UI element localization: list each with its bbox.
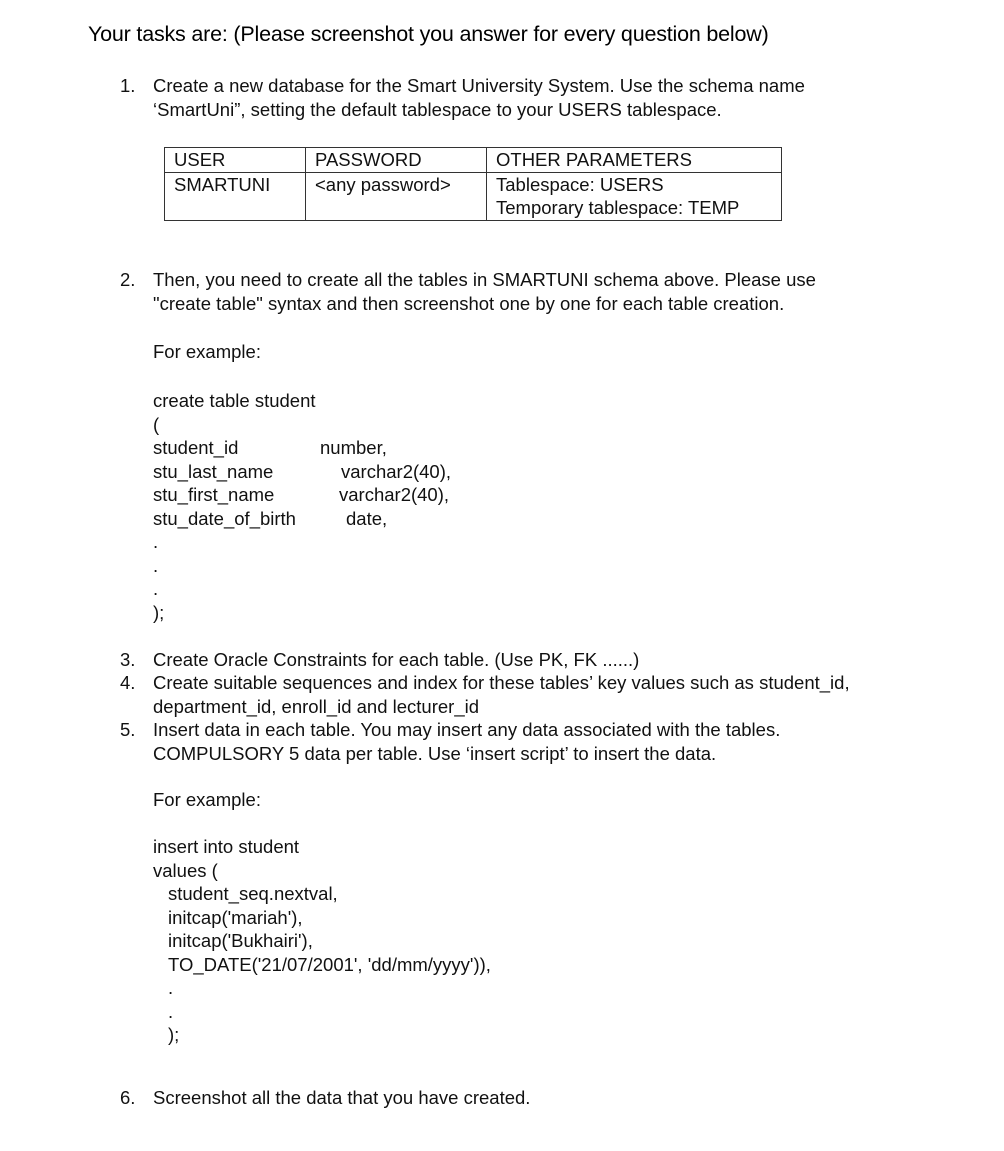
create-example-label: For example: [153,340,261,364]
task-1: 1. Create a new database for the Smart U… [120,74,805,121]
code-line: ( [153,413,451,437]
code-line: values ( [153,859,491,883]
task-text: "create table" syntax and then screensho… [153,292,816,316]
task-text: Insert data in each table. You may inser… [153,718,780,742]
task-text: ‘SmartUni”, setting the default tablespa… [153,98,805,122]
insert-example-label: For example: [153,788,261,812]
code-line: initcap('mariah'), [168,906,491,930]
task-text: Create suitable sequences and index for … [153,671,850,695]
cell-user: SMARTUNI [165,172,306,220]
task-text: Create a new database for the Smart Univ… [153,74,805,98]
ellipsis-dot: . [168,976,491,1000]
task-text: Screenshot all the data that you have cr… [153,1086,530,1110]
task-text: department_id, enroll_id and lecturer_id [153,695,850,719]
param-tablespace: Tablespace: USERS [496,173,773,197]
task-2: 2. Then, you need to create all the tabl… [120,268,816,315]
code-line: insert into student [153,835,491,859]
column-type: number, [320,436,387,460]
code-column-row: stu_first_name varchar2(40), [153,483,451,507]
ellipsis-dot: . [168,1000,491,1024]
header-user: USER [165,148,306,173]
param-temp-tablespace: Temporary tablespace: TEMP [496,196,773,220]
code-column-row: student_id number, [153,436,451,460]
table-header-row: USER PASSWORD OTHER PARAMETERS [165,148,782,173]
column-type: varchar2(40), [341,460,451,484]
code-column-row: stu_date_of_birth date, [153,507,451,531]
task-3: 3. Create Oracle Constraints for each ta… [120,648,639,672]
insert-example: insert into student values ( student_seq… [153,835,491,1047]
task-6: 6. Screenshot all the data that you have… [120,1086,530,1110]
column-type: date, [346,507,387,531]
code-line: student_seq.nextval, [168,882,491,906]
column-name: stu_date_of_birth [153,507,346,531]
task-number: 6. [120,1086,150,1110]
code-column-row: stu_last_name varchar2(40), [153,460,451,484]
code-line: TO_DATE('21/07/2001', 'dd/mm/yyyy')), [168,953,491,977]
code-line: create table student [153,389,451,413]
header-other-parameters: OTHER PARAMETERS [487,148,782,173]
ellipsis-dot: . [153,577,451,601]
cell-password: <any password> [306,172,487,220]
table-row: SMARTUNI <any password> Tablespace: USER… [165,172,782,220]
ellipsis-dot: . [153,554,451,578]
code-line: initcap('Bukhairi'), [168,929,491,953]
create-table-example: create table student ( student_id number… [153,389,451,624]
task-number: 1. [120,74,150,98]
task-text: Then, you need to create all the tables … [153,268,816,292]
task-4: 4. Create suitable sequences and index f… [120,671,850,718]
task-text: Create Oracle Constraints for each table… [153,648,639,672]
task-number: 4. [120,671,150,695]
column-type: varchar2(40), [339,483,449,507]
header-password: PASSWORD [306,148,487,173]
task-number: 3. [120,648,150,672]
column-name: stu_first_name [153,483,339,507]
cell-other-parameters: Tablespace: USERS Temporary tablespace: … [487,172,782,220]
task-5: 5. Insert data in each table. You may in… [120,718,780,765]
code-line: ); [168,1023,491,1047]
column-name: stu_last_name [153,460,341,484]
task-text: COMPULSORY 5 data per table. Use ‘insert… [153,742,780,766]
task-number: 2. [120,268,150,292]
page-heading: Your tasks are: (Please screenshot you a… [88,22,769,47]
user-parameters-table: USER PASSWORD OTHER PARAMETERS SMARTUNI … [164,147,782,221]
task-number: 5. [120,718,150,742]
insert-values: student_seq.nextval, initcap('mariah'), … [168,882,491,1047]
code-line: ); [153,601,451,625]
ellipsis-dot: . [153,530,451,554]
column-name: student_id [153,436,320,460]
